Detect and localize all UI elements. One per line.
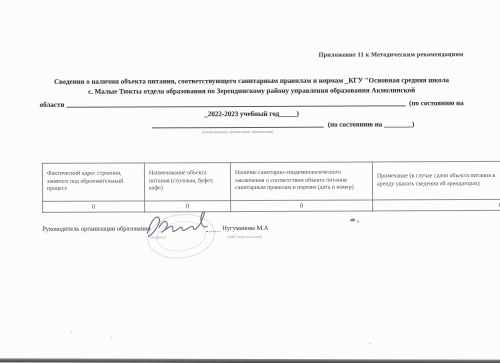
food-object-table: Фактический адрес строения, занятого под… [42,161,500,213]
table-header-sanitary-conclusion: Наличие санитарно-эпидемиологического за… [230,162,372,201]
signer-name: Нугуманова М.А [222,224,268,231]
table-cell-note: 0 [373,199,500,211]
table-header-object-name: Наименование объекта питания (столовая, … [144,163,230,201]
document-title: Сведения о наличии объекта питания, соот… [40,76,464,97]
scanned-sheet: Приложение 11 к Методическим рекомендаци… [0,0,500,363]
form-line-region: области (по состоянию на [40,98,464,109]
region-label: области [40,101,65,109]
signature-caption: (подпись) [150,235,166,239]
scan-speck [71,331,73,333]
table-header-row: Фактический адрес строения, занятого под… [42,161,500,201]
as-of-label: (по состоянию на [409,99,464,107]
scan-edge-shadow [0,358,500,363]
table-cell-address: 0 [43,201,145,212]
org-name-caption: (наименование организации образования) [26,128,450,135]
scan-speck [111,337,113,339]
dotted-leader [206,230,220,232]
table-header-note: Примечание (в случае сдачи объекта питан… [372,161,500,200]
document-page: Приложение 11 к Методическим рекомендаци… [0,0,500,363]
blank-underline [66,98,406,107]
blank-underline [152,119,324,128]
table-cell-sanitary-conclusion: 0 [231,200,373,212]
table-row: 0 0 0 0 [43,199,500,212]
appendix-note: Приложение 11 к Методическим рекомендаци… [319,51,464,59]
signer-role-label: Руководитель организации образования [42,225,150,232]
title-line-2: с. Малые Тюкты отдела образования по Зер… [40,86,464,98]
scan-speck [350,219,355,222]
table-header-address: Фактический адрес строения, занятого под… [42,163,144,201]
scan-speck [357,221,359,223]
school-year-line: _2022-2023 учебный год_____) [40,109,464,119]
scan-speck [369,342,372,344]
full-name-caption: (ФИО (при наличии)) [227,235,262,239]
